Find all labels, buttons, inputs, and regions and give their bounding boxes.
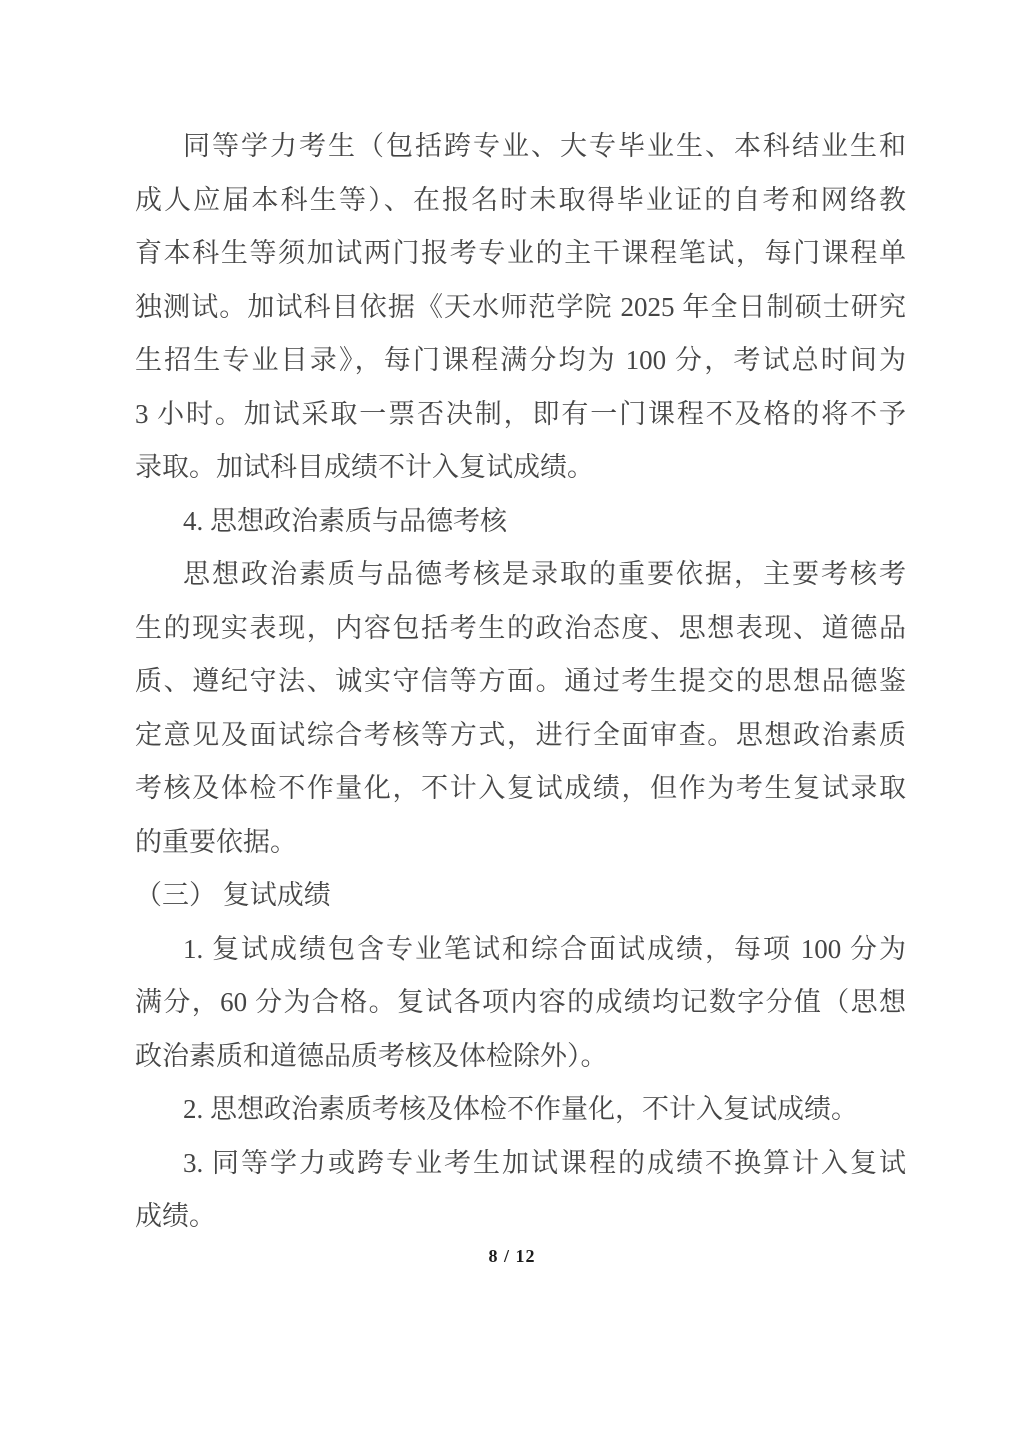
text-line: 质、遵纪守法、诚实守信等方面。通过考生提交的思想品德鉴 bbox=[135, 655, 906, 709]
text-line: 成人应届本科生等）、在报名时未取得毕业证的自考和网络教 bbox=[135, 174, 906, 228]
text-line: 定意见及面试综合考核等方式，进行全面审查。思想政治素质 bbox=[135, 709, 906, 763]
page-number: 8 / 12 bbox=[0, 1246, 1024, 1267]
text-line: 2. 思想政治素质考核及体检不作量化，不计入复试成绩。 bbox=[135, 1083, 906, 1137]
text-line: 同等学力考生（包括跨专业、大专毕业生、本科结业生和 bbox=[135, 120, 906, 174]
document-body: 同等学力考生（包括跨专业、大专毕业生、本科结业生和 成人应届本科生等）、在报名时… bbox=[135, 120, 906, 1244]
list-item-heading: 4. 思想政治素质与品德考核 bbox=[135, 495, 906, 549]
text-line: 3. 同等学力或跨专业考生加试课程的成绩不换算计入复试 bbox=[135, 1137, 906, 1191]
text-line: 满分，60 分为合格。复试各项内容的成绩均记数字分值（思想 bbox=[135, 976, 906, 1030]
text-line: 的重要依据。 bbox=[135, 816, 906, 870]
text-line: 成绩。 bbox=[135, 1190, 906, 1244]
text-line: 独测试。加试科目依据《天水师范学院 2025 年全日制硕士研究 bbox=[135, 281, 906, 335]
text-line: 思想政治素质与品德考核是录取的重要依据，主要考核考 bbox=[135, 548, 906, 602]
text-line: 录取。加试科目成绩不计入复试成绩。 bbox=[135, 441, 906, 495]
document-page: 同等学力考生（包括跨专业、大专毕业生、本科结业生和 成人应届本科生等）、在报名时… bbox=[0, 0, 1024, 1448]
text-line: 1. 复试成绩包含专业笔试和综合面试成绩，每项 100 分为 bbox=[135, 923, 906, 977]
text-line: 生招生专业目录》，每门课程满分均为 100 分，考试总时间为 bbox=[135, 334, 906, 388]
text-line: 育本科生等须加试两门报考专业的主干课程笔试，每门课程单 bbox=[135, 227, 906, 281]
text-line: 3 小时。加试采取一票否决制，即有一门课程不及格的将不予 bbox=[135, 388, 906, 442]
section-heading: （三） 复试成绩 bbox=[135, 869, 906, 923]
text-line: 考核及体检不作量化，不计入复试成绩，但作为考生复试录取 bbox=[135, 762, 906, 816]
text-line: 政治素质和道德品质考核及体检除外）。 bbox=[135, 1030, 906, 1084]
text-line: 生的现实表现，内容包括考生的政治态度、思想表现、道德品 bbox=[135, 602, 906, 656]
